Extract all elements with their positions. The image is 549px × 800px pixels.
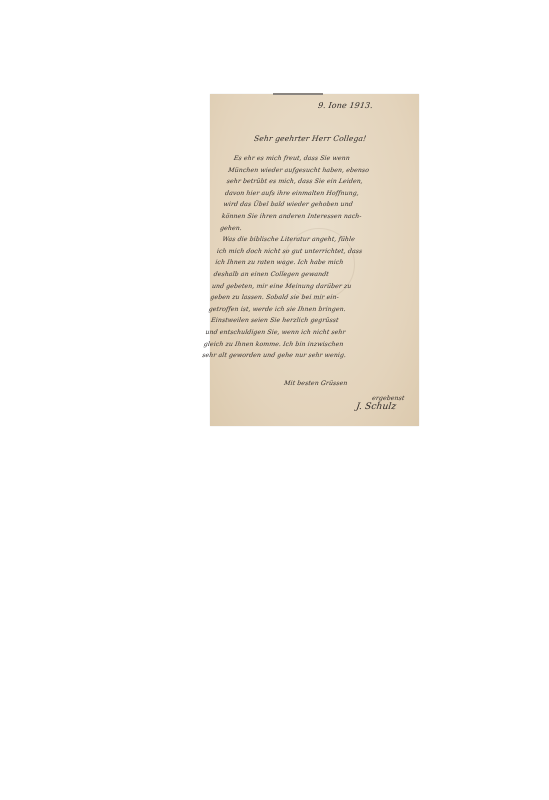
letter-closing: Mit besten Grüssen xyxy=(283,378,348,390)
body-line: gehen. xyxy=(219,223,421,235)
body-line: Was die biblische Literatur angeht, fühl… xyxy=(218,234,420,246)
body-line: Einstweilen seien Sie herzlich gegrüsst xyxy=(206,315,408,327)
body-line: ich Ihnen zu raten wage. Ich habe mich xyxy=(214,257,416,269)
body-line: sehr alt geworden und gehe nur sehr weni… xyxy=(201,350,403,362)
body-line: München wieder aufgesucht haben, ebenso xyxy=(227,165,429,177)
body-line: ich mich doch nicht so gut unterrichtet,… xyxy=(216,246,418,258)
body-line: getroffen ist, werde ich sie Ihnen bring… xyxy=(208,304,410,316)
body-line: wird das Übel bald wieder gehoben und xyxy=(223,199,425,211)
body-line: und entschuldigen Sie, wenn ich nicht se… xyxy=(205,327,407,339)
letter-signature: J. Schulz xyxy=(355,402,397,414)
body-line: geben zu lassen. Sobald sie bei mir ein- xyxy=(209,292,411,304)
letter-date: 9. Ione 1913. xyxy=(317,100,373,112)
body-line: können Sie ihren anderen Interessen nach… xyxy=(221,211,423,223)
page-edge-strip xyxy=(273,93,323,95)
body-line: und gebeten, mir eine Meinung darüber zu xyxy=(211,281,413,293)
body-line: Es ehr es mich freut, dass Sie wenn xyxy=(229,153,431,165)
body-line: deshalb an einen Collegen gewandt xyxy=(213,269,415,281)
body-line: gleich zu Ihnen komme. Ich bin inzwische… xyxy=(203,339,405,351)
letter-greeting: Sehr geehrter Herr Collega! xyxy=(253,133,367,145)
letter-body: Es ehr es mich freut, dass Sie wenn Münc… xyxy=(201,153,430,362)
body-line: davon hier aufs ihre einmalten Hoffnung, xyxy=(224,188,426,200)
body-line: sehr betrübt es mich, dass Sie ein Leide… xyxy=(226,176,428,188)
